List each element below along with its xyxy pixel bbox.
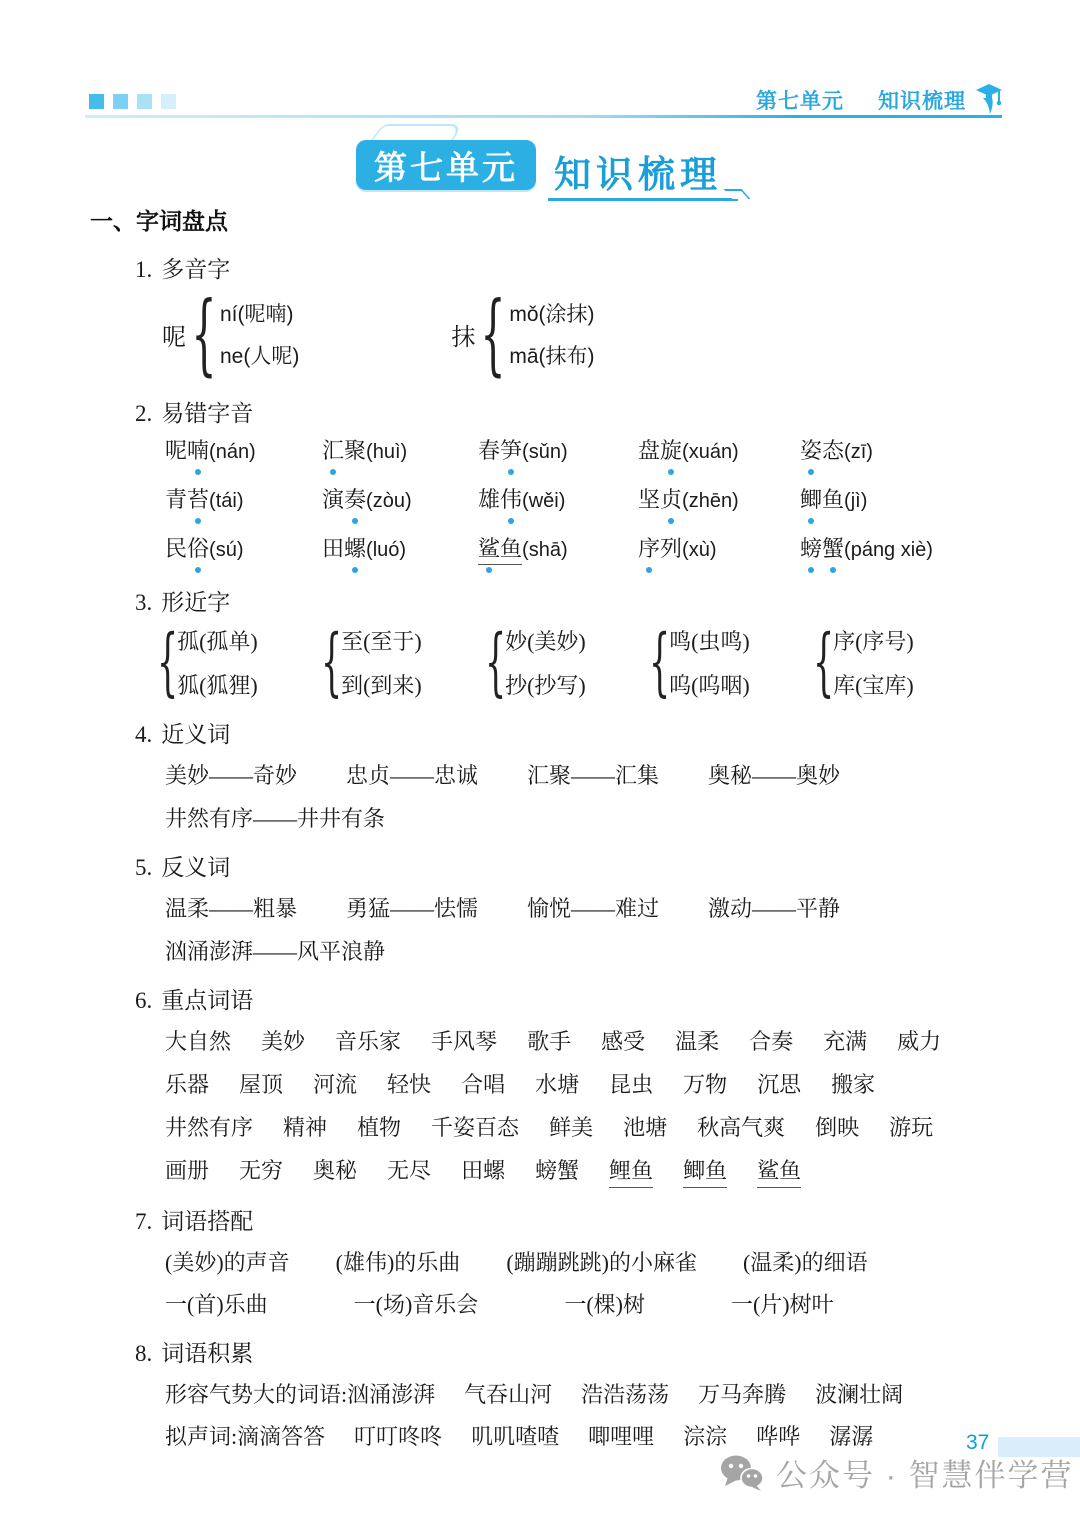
lookalike-pair: {孤(孤单)狐(狐狸) <box>158 623 322 701</box>
brace-decoration: { <box>813 623 834 701</box>
subsection-4-heading: 4.近义词 <box>135 716 1005 749</box>
pair-bottom: 呜(呜咽) <box>669 669 750 700</box>
pinyin: (sú) <box>209 539 243 561</box>
chapter-banner: 第七单元 知识梳理 <box>356 140 536 200</box>
word: 潺潺 <box>829 1422 873 1452</box>
antonym-line-2: 汹涌澎湃——风平浪静 <box>165 937 1005 967</box>
character: 盘 <box>638 436 660 466</box>
word: 淙淙 <box>683 1422 727 1452</box>
subsection-title: 形近字 <box>161 590 230 615</box>
word: 唧哩哩 <box>588 1422 654 1452</box>
polyphonic-group: 呢 { ní(呢喃) ne(人呢) <box>162 288 299 380</box>
reading: ní(呢喃) <box>220 298 299 328</box>
word: 民俗(sú) <box>165 534 322 565</box>
collocation: 一(首)乐曲 <box>165 1290 268 1320</box>
antonym-line: 温柔——粗暴勇猛——怯懦愉悦——难过激动——平静 <box>165 894 1005 924</box>
subsection-title: 易错字音 <box>161 401 253 426</box>
subsection-number: 4. <box>135 722 152 747</box>
pinyin: (zī) <box>844 441 873 463</box>
character: 俗 <box>187 534 209 564</box>
header-rule <box>85 115 1002 118</box>
word: 雄伟(wěi) <box>478 485 638 515</box>
character: 贞 <box>660 485 682 515</box>
running-head-unit: 第七单元 <box>756 85 844 115</box>
mispronounced-word-rows: 呢喃(nán)汇聚(huì)春笋(sǔn)盘旋(xuán)姿态(zī)青苔(tá… <box>165 436 1005 565</box>
section-heading: 一、字词盘点 <box>90 203 1005 236</box>
keyword: 千姿百态 <box>431 1113 519 1143</box>
keyword: 无尽 <box>387 1156 431 1188</box>
subsection-1-heading: 1.多音字 <box>135 251 1005 284</box>
word-pair: 奥秘——奥妙 <box>708 761 840 791</box>
keyword: 游玩 <box>889 1113 933 1143</box>
word: 叽叽喳喳 <box>471 1422 559 1452</box>
keyword: 歌手 <box>527 1027 571 1057</box>
brace-decoration: { <box>321 623 342 701</box>
keyword: 沉思 <box>757 1070 801 1100</box>
collocation: (美妙)的声音 <box>165 1248 290 1278</box>
accumulation-line-1: 形容气势大的词语:汹涌澎湃气吞山河浩浩荡荡万马奔腾波澜壮阔 <box>165 1380 1005 1410</box>
subsection-number: 1. <box>135 257 152 282</box>
keyword: 奥秘 <box>313 1156 357 1188</box>
keyword: 植物 <box>357 1113 401 1143</box>
polyphonic-group: 抹 { mǒ(涂抹) mā(抹布) <box>451 288 594 380</box>
lookalike-pairs: {孤(孤单)狐(狐狸){至(至于)到(到来){妙(美妙)抄(抄写){鸣(虫鸣)呜… <box>158 623 1005 701</box>
character: 苔 <box>187 485 209 515</box>
word: 鲨鱼(shā) <box>478 534 638 565</box>
keyword: 画册 <box>165 1156 209 1188</box>
keyword-row: 乐器屋顶河流轻快合唱水塘昆虫万物沉思搬家 <box>165 1070 1005 1100</box>
pair-column: 鸣(虫鸣)呜(呜咽) <box>669 625 750 700</box>
keyword-row: 大自然美妙音乐家手风琴歌手感受温柔合奏充满威力 <box>165 1027 1005 1057</box>
keyword: 无穷 <box>239 1156 283 1188</box>
character: 旋 <box>660 436 682 466</box>
character: 喃 <box>187 436 209 466</box>
collocation: (雄伟)的乐曲 <box>336 1248 461 1278</box>
word: 坚贞(zhēn) <box>638 485 800 515</box>
polyphonic-character: 抹 <box>451 317 475 352</box>
subsection-5-heading: 5.反义词 <box>135 849 1005 882</box>
pair-column: 序(序号)库(宝库) <box>833 625 914 700</box>
polyphonic-character: 呢 <box>162 317 186 352</box>
word: 呢喃(nán) <box>165 436 322 466</box>
collocation: (蹦蹦跳跳)的小麻雀 <box>506 1248 697 1278</box>
pair-top: 孤(孤单) <box>177 625 258 656</box>
lookalike-pair: {至(至于)到(到来) <box>322 623 486 701</box>
keyword: 合奏 <box>749 1027 793 1057</box>
keyword-row: 井然有序精神植物千姿百态鲜美池塘秋高气爽倒映游玩 <box>165 1113 1005 1143</box>
pair-column: 至(至于)到(到来) <box>341 625 422 700</box>
word-pair: 温柔——粗暴 <box>165 894 297 924</box>
keyword: 鲨鱼 <box>757 1156 801 1188</box>
pinyin: (páng xiè) <box>844 539 933 561</box>
page-content: 一、字词盘点 1.多音字 呢 { ní(呢喃) ne(人呢) 抹 { mǒ(涂抹… <box>90 203 1005 1452</box>
keyword: 万物 <box>683 1070 727 1100</box>
pinyin: (shā) <box>522 539 568 561</box>
pair-top: 至(至于) <box>341 625 422 656</box>
keyword: 鲜美 <box>549 1113 593 1143</box>
banner-unit-label: 第七单元 <box>374 142 518 189</box>
pair-bottom: 库(宝库) <box>833 669 914 700</box>
pair-top: 序(序号) <box>833 625 914 656</box>
keyword: 搬家 <box>831 1070 875 1100</box>
subsection-number: 6. <box>135 988 152 1013</box>
word: 波澜壮阔 <box>815 1380 903 1410</box>
subsection-2-heading: 2.易错字音 <box>135 395 1005 428</box>
character: 汇 <box>322 436 344 466</box>
watermark-text: 公众号 · 智慧伴学营 <box>776 1450 1074 1495</box>
keyword: 充满 <box>823 1027 867 1057</box>
pinyin: (sǔn) <box>522 441 568 463</box>
running-head: 第七单元 知识梳理 <box>85 90 1002 120</box>
banner-underline-decoration <box>548 198 738 201</box>
word-row: 呢喃(nán)汇聚(huì)春笋(sǔn)盘旋(xuán)姿态(zī) <box>165 436 1005 466</box>
word: 青苔(tái) <box>165 485 322 515</box>
pair-bottom: 狐(狐狸) <box>177 669 258 700</box>
pinyin: (luó) <box>366 539 406 561</box>
keyword: 河流 <box>313 1070 357 1100</box>
character: 伟 <box>500 485 522 515</box>
keyword: 水塘 <box>535 1070 579 1100</box>
watermark: 公众号 · 智慧伴学营 <box>720 1450 1074 1495</box>
word: 螃蟹(páng xiè) <box>800 534 1005 565</box>
line-label: 拟声词:滴滴答答 <box>165 1422 325 1452</box>
square-decoration <box>113 94 128 109</box>
character: 笋 <box>500 436 522 466</box>
character: 聚 <box>344 436 366 466</box>
polyphonic-groups: 呢 { ní(呢喃) ne(人呢) 抹 { mǒ(涂抹) mā(抹布) <box>162 288 1005 380</box>
character: 姿 <box>800 436 822 466</box>
word-pair: 汇聚——汇集 <box>527 761 659 791</box>
pair-top: 妙(美妙) <box>505 625 586 656</box>
banner-topic-label: 知识梳理 <box>554 144 722 198</box>
collocation: (温柔)的细语 <box>743 1248 868 1278</box>
keyword: 音乐家 <box>335 1027 401 1057</box>
accumulation-line-2: 拟声词:滴滴答答叮叮咚咚叽叽喳喳唧哩哩淙淙哗哗潺潺 <box>165 1422 1005 1452</box>
pinyin: (nán) <box>209 441 256 463</box>
keyword: 鲤鱼 <box>609 1156 653 1188</box>
word: 鲫鱼(jì) <box>800 485 1005 515</box>
word: 姿态(zī) <box>800 436 1005 466</box>
word: 哗哗 <box>756 1422 800 1452</box>
brace-decoration: { <box>481 288 506 380</box>
keyword: 屋顶 <box>239 1070 283 1100</box>
word: 汇聚(huì) <box>322 436 478 466</box>
pinyin: (xù) <box>682 539 716 561</box>
subsection-6-heading: 6.重点词语 <box>135 982 1005 1015</box>
character: 态 <box>822 436 844 466</box>
character: 青 <box>165 485 187 515</box>
keyword: 倒映 <box>815 1113 859 1143</box>
subsection-7-heading: 7.词语搭配 <box>135 1203 1005 1236</box>
keyword-rows: 大自然美妙音乐家手风琴歌手感受温柔合奏充满威力乐器屋顶河流轻快合唱水塘昆虫万物沉… <box>90 1027 1005 1188</box>
character: 奏 <box>344 485 366 515</box>
pinyin: (huì) <box>366 441 407 463</box>
keyword: 田螺 <box>461 1156 505 1188</box>
character: 呢 <box>165 436 187 466</box>
word: 盘旋(xuán) <box>638 436 800 466</box>
character: 雄 <box>478 485 500 515</box>
keyword: 秋高气爽 <box>697 1113 785 1143</box>
pair-top: 鸣(虫鸣) <box>669 625 750 656</box>
keyword: 威力 <box>897 1027 941 1057</box>
word-row: 青苔(tái)演奏(zòu)雄伟(wěi)坚贞(zhēn)鲫鱼(jì) <box>165 485 1005 515</box>
word-pair: 勇猛——怯懦 <box>346 894 478 924</box>
reading: mā(抹布) <box>509 340 594 370</box>
square-decoration <box>137 94 152 109</box>
lookalike-pair: {序(序号)库(宝库) <box>814 623 914 701</box>
lookalike-pair: {妙(美妙)抄(抄写) <box>486 623 650 701</box>
keyword: 轻快 <box>387 1070 431 1100</box>
subsection-8-heading: 8.词语积累 <box>135 1335 1005 1368</box>
collocation: 一(棵)树 <box>564 1290 645 1320</box>
collocation: 一(片)树叶 <box>731 1290 834 1320</box>
pair-bottom: 抄(抄写) <box>505 669 586 700</box>
character: 春 <box>478 436 500 466</box>
keyword: 池塘 <box>623 1113 667 1143</box>
subsection-number: 5. <box>135 855 152 880</box>
pinyin: (zhēn) <box>682 490 739 512</box>
word: 气吞山河 <box>464 1380 552 1410</box>
keyword: 温柔 <box>675 1027 719 1057</box>
keyword: 感受 <box>601 1027 645 1057</box>
banner-unit-box: 第七单元 <box>356 140 536 190</box>
pinyin: (xuán) <box>682 441 739 463</box>
reading: mǒ(涂抹) <box>509 298 594 328</box>
keyword: 井然有序 <box>165 1113 253 1143</box>
brace-decoration: { <box>485 623 506 701</box>
word: 万马奔腾 <box>698 1380 786 1410</box>
pinyin: (zòu) <box>366 490 412 512</box>
pair-bottom: 到(到来) <box>341 669 422 700</box>
word-pair: 美妙——奇妙 <box>165 761 297 791</box>
character: 螺 <box>344 534 366 564</box>
pinyin: (wěi) <box>522 490 565 512</box>
synonym-line: 美妙——奇妙忠贞——忠诚汇聚——汇集奥秘——奥妙 <box>165 761 1005 791</box>
pinyin: (jì) <box>844 490 867 512</box>
character: 鱼 <box>822 485 844 515</box>
graduation-cap-icon <box>976 84 1002 116</box>
lookalike-pair: {鸣(虫鸣)呜(呜咽) <box>650 623 814 701</box>
subsection-number: 7. <box>135 1209 152 1234</box>
synonym-line-2: 井然有序——井井有条 <box>165 804 1005 834</box>
character: 蟹 <box>822 534 844 564</box>
character: 演 <box>322 485 344 515</box>
pair-column: 妙(美妙)抄(抄写) <box>505 625 586 700</box>
running-head-title: 第七单元 知识梳理 <box>756 84 1002 116</box>
word: 序列(xù) <box>638 534 800 565</box>
keyword: 螃蟹 <box>535 1156 579 1188</box>
character: 列 <box>660 534 682 564</box>
subsection-number: 3. <box>135 590 152 615</box>
character: 鲨 <box>478 534 500 565</box>
collocation-row-2: 一(首)乐曲一(场)音乐会一(棵)树一(片)树叶 <box>165 1290 1005 1320</box>
keyword: 手风琴 <box>431 1027 497 1057</box>
line-label: 形容气势大的词语:汹涌澎湃 <box>165 1380 435 1410</box>
word-pair: 忠贞——忠诚 <box>346 761 478 791</box>
character: 鱼 <box>500 534 522 565</box>
keyword: 美妙 <box>261 1027 305 1057</box>
keyword: 昆虫 <box>609 1070 653 1100</box>
keyword: 合唱 <box>461 1070 505 1100</box>
subsection-number: 2. <box>135 401 152 426</box>
subsection-title: 词语积累 <box>161 1341 253 1366</box>
keyword: 精神 <box>283 1113 327 1143</box>
subsection-title: 近义词 <box>161 722 230 747</box>
reading: ne(人呢) <box>220 340 299 370</box>
wechat-icon <box>720 1454 764 1491</box>
keyword: 乐器 <box>165 1070 209 1100</box>
character: 鲫 <box>800 485 822 515</box>
subsection-title: 反义词 <box>161 855 230 880</box>
word: 浩浩荡荡 <box>581 1380 669 1410</box>
character: 坚 <box>638 485 660 515</box>
pair-column: 孤(孤单)狐(狐狸) <box>177 625 258 700</box>
square-decoration <box>161 94 176 109</box>
subsection-number: 8. <box>135 1341 152 1366</box>
word: 田螺(luó) <box>322 534 478 565</box>
subsection-title: 词语搭配 <box>161 1209 253 1234</box>
character: 民 <box>165 534 187 564</box>
corner-squares-decoration <box>89 94 176 109</box>
word: 演奏(zòu) <box>322 485 478 515</box>
pinyin: (tái) <box>209 490 243 512</box>
brace-decoration: { <box>191 288 216 380</box>
word-pair: 激动——平静 <box>708 894 840 924</box>
character: 序 <box>638 534 660 564</box>
keyword-row: 画册无穷奥秘无尽田螺螃蟹鲤鱼鲫鱼鲨鱼 <box>165 1156 1005 1188</box>
character: 田 <box>322 534 344 564</box>
textbook-page: 第七单元 知识梳理 第七单元 知识梳理 一、字词盘点 <box>0 0 1080 1515</box>
subsection-3-heading: 3.形近字 <box>135 584 1005 617</box>
square-decoration <box>89 94 104 109</box>
subsection-title: 多音字 <box>161 257 230 282</box>
brace-decoration: { <box>157 623 178 701</box>
collocation-row-1: (美妙)的声音(雄伟)的乐曲(蹦蹦跳跳)的小麻雀(温柔)的细语 <box>165 1248 1005 1278</box>
character: 螃 <box>800 534 822 564</box>
word-pair: 愉悦——难过 <box>527 894 659 924</box>
keyword: 大自然 <box>165 1027 231 1057</box>
brace-decoration: { <box>649 623 670 701</box>
collocation: 一(场)音乐会 <box>354 1290 479 1320</box>
subsection-title: 重点词语 <box>161 988 253 1013</box>
running-head-topic: 知识梳理 <box>878 85 966 115</box>
word-row: 民俗(sú)田螺(luó)鲨鱼(shā)序列(xù)螃蟹(páng xiè) <box>165 534 1005 565</box>
word: 春笋(sǔn) <box>478 436 638 466</box>
word: 叮叮咚咚 <box>354 1422 442 1452</box>
keyword: 鲫鱼 <box>683 1156 727 1188</box>
